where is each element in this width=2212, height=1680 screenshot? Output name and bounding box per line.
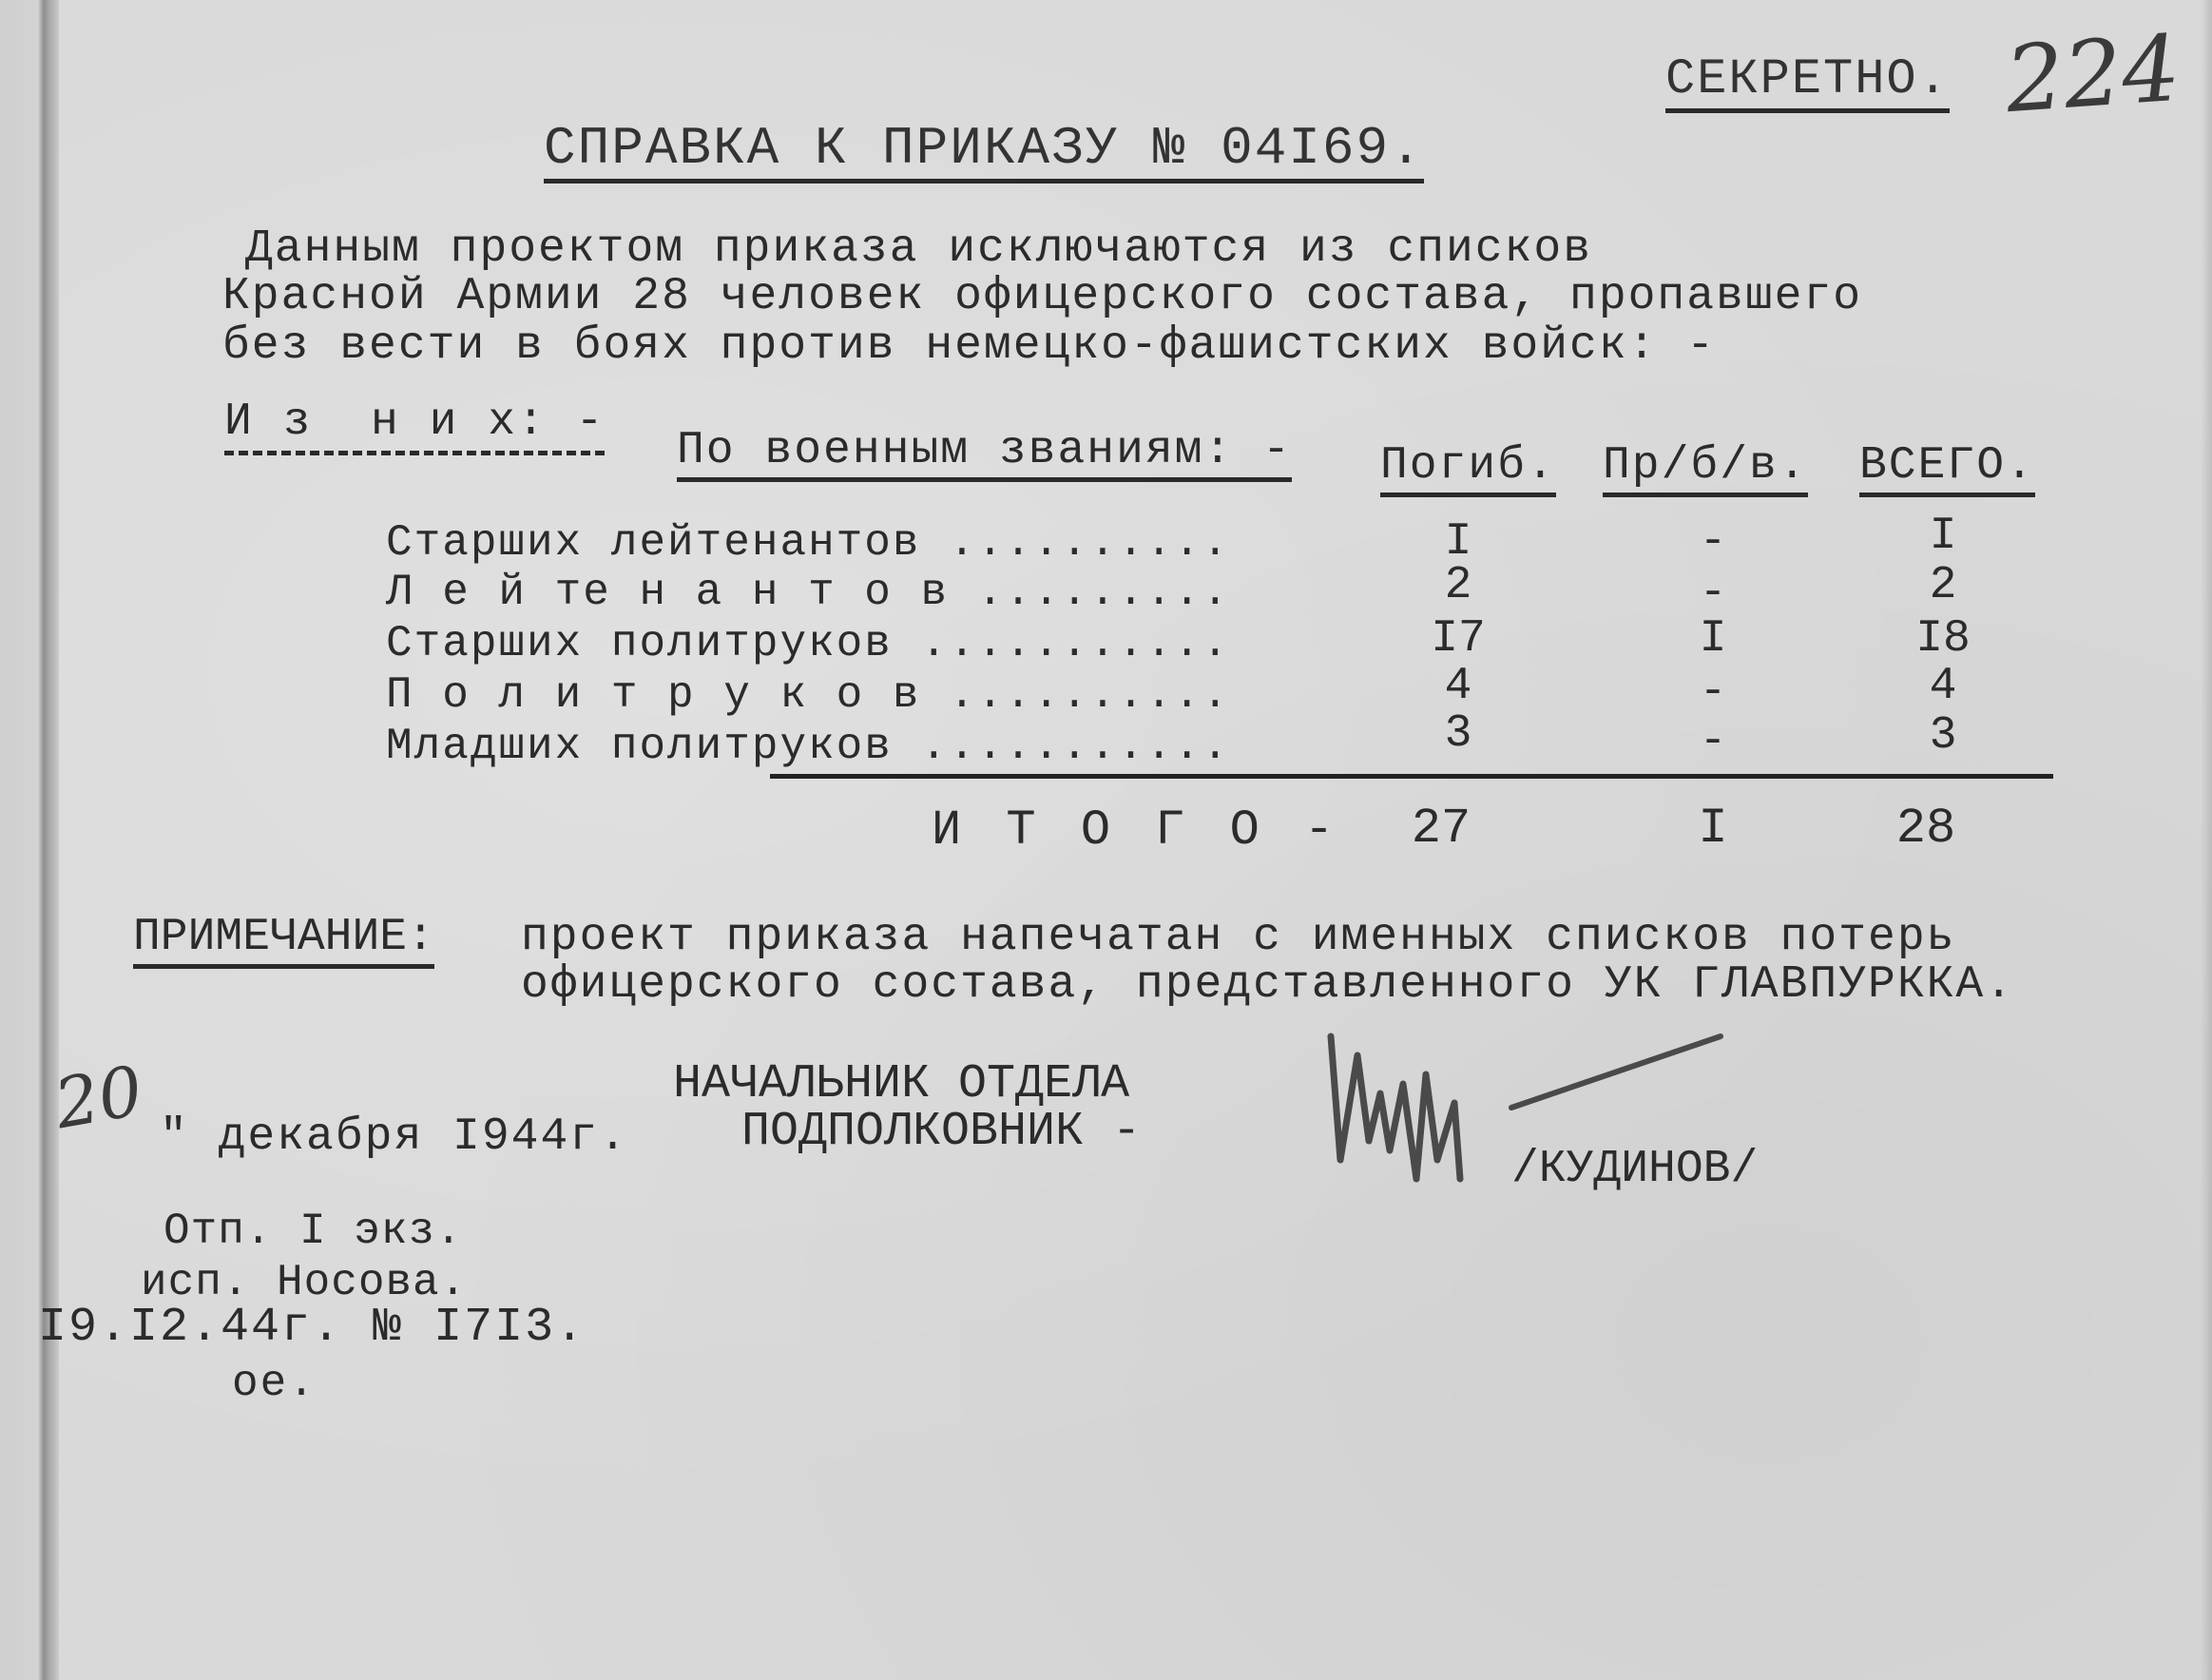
position-line-2: ПОДПОЛКОВНИК -	[741, 1109, 1141, 1156]
footer-copies: Отп. I экз.	[163, 1209, 463, 1253]
handwritten-page-number: 224	[2003, 23, 2183, 126]
classification-stamp: СЕКРЕТНО.	[1665, 55, 1950, 113]
note-line-1: проект приказа напечатан с именных списк…	[521, 915, 1955, 960]
of-them-label: И з н и х: -	[224, 399, 605, 455]
footer-registration: I9.I2.44г. № I7I3.	[38, 1304, 586, 1352]
total-label: И Т О Г О -	[932, 806, 1341, 856]
note-label: ПРИМЕЧАНИЕ:	[133, 915, 434, 969]
rank-label: Младших политруков ...........	[386, 724, 1230, 768]
total-value: 2	[1886, 563, 2000, 608]
signatory-name: /КУДИНОВ/	[1511, 1147, 1758, 1192]
note-line-2: офицерского состава, представленного УК …	[521, 962, 2014, 1008]
missing-value: -	[1656, 570, 1770, 616]
column-header-missing: Пр/б/в.	[1603, 443, 1808, 497]
page-edge-shadow	[2201, 0, 2212, 1680]
rank-label: Л е й те н а н т о в .........	[386, 570, 1230, 614]
rank-label: П о л и т р у к о в ..........	[386, 673, 1230, 717]
rank-label: Старших лейтенантов ..........	[386, 521, 1230, 565]
handwritten-day: 20	[49, 1056, 147, 1139]
position-line-1: НАЧАЛЬНИК ОТДЕЛА	[673, 1061, 1129, 1109]
total-rule	[770, 774, 2053, 779]
killed-value: I	[1401, 519, 1515, 565]
column-header-killed: Погиб.	[1380, 443, 1556, 497]
total-value: 3	[1886, 713, 2000, 759]
missing-value: -	[1656, 519, 1770, 565]
total-value: I8	[1886, 616, 2000, 662]
document-title: СПРАВКА К ПРИКАЗУ № 04I69.	[544, 122, 1424, 183]
total-total-value: 28	[1869, 804, 1983, 854]
killed-value: 4	[1401, 664, 1515, 709]
total-missing-value: I	[1656, 804, 1770, 854]
binding-edge	[0, 0, 59, 1680]
document-page: СЕКРЕТНО. 224 СПРАВКА К ПРИКАЗУ № 04I69.…	[0, 0, 2212, 1680]
missing-value: -	[1656, 719, 1770, 764]
killed-value: I7	[1401, 616, 1515, 662]
footer-initials: ое.	[232, 1361, 317, 1405]
total-value: 4	[1886, 664, 2000, 709]
column-header-total: ВСЕГО.	[1859, 443, 2035, 497]
table-section-label: По военным званиям: -	[677, 428, 1292, 482]
total-killed-value: 27	[1384, 804, 1498, 854]
intro-line-2: Красной Армии 28 человек офицерского сос…	[222, 274, 1862, 319]
missing-value: I	[1656, 616, 1770, 662]
intro-line-1: Данным проектом приказа исключаются из с…	[245, 226, 1592, 272]
killed-value: 3	[1401, 711, 1515, 757]
intro-line-3: без вести в боях против немецко-фашистск…	[222, 323, 1716, 369]
killed-value: 2	[1401, 563, 1515, 608]
total-value: I	[1886, 513, 2000, 559]
date-text: " декабря I944г.	[160, 1114, 628, 1160]
footer-executor: исп. Носова.	[141, 1261, 467, 1304]
rank-label: Старших политруков ...........	[386, 622, 1230, 666]
missing-value: -	[1656, 669, 1770, 715]
